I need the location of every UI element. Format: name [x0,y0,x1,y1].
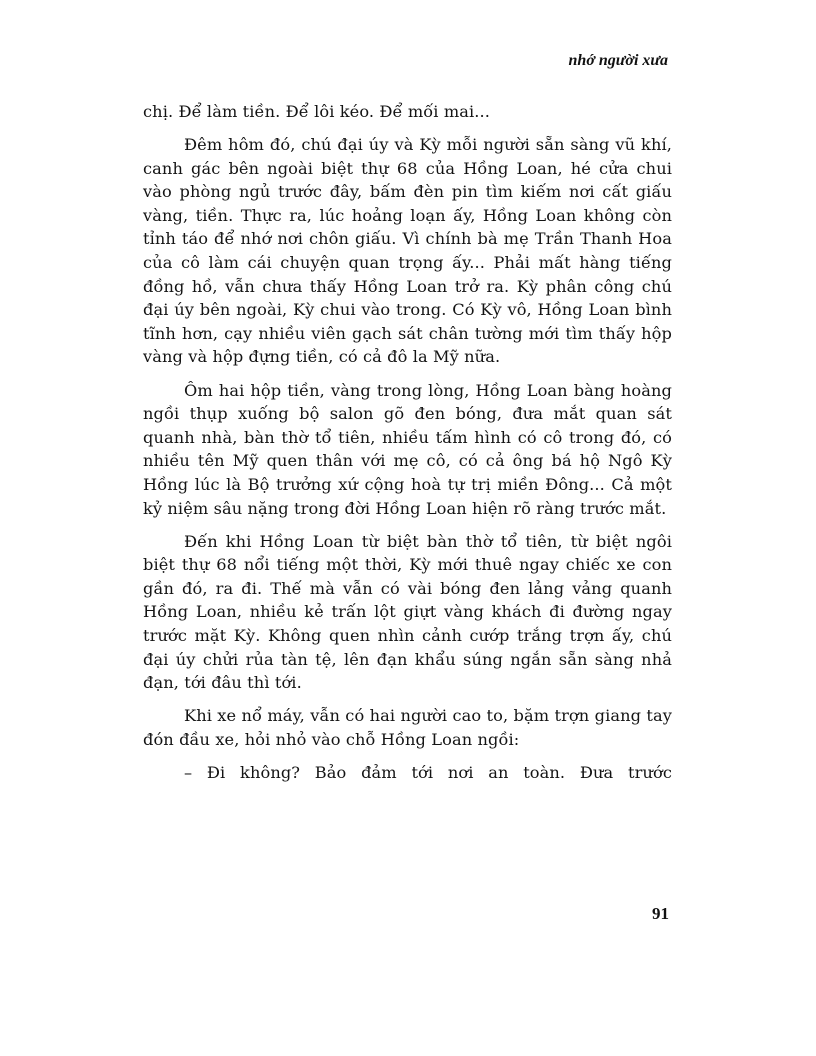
paragraph: Đêm hôm đó, chú đại úy và Kỳ mỗi người s… [143,133,672,369]
paragraph: Đến khi Hồng Loan từ biệt bàn thờ tổ tiê… [143,530,672,695]
paragraph: Ôm hai hộp tiền, vàng trong lòng, Hồng L… [143,379,672,521]
dialogue-line: – Đi không? Bảo đảm tới nơi an toàn. Đưa… [143,761,672,785]
body-text: chị. Để làm tiền. Để lôi kéo. Để mối mai… [143,100,672,794]
book-page: nhớ người xưa chị. Để làm tiền. Để lôi k… [0,0,816,1056]
paragraph-continued: chị. Để làm tiền. Để lôi kéo. Để mối mai… [143,100,672,124]
paragraph: Khi xe nổ máy, vẫn có hai người cao to, … [143,704,672,751]
running-header-title: nhớ người xưa [569,52,668,70]
page-number: 91 [652,904,669,924]
